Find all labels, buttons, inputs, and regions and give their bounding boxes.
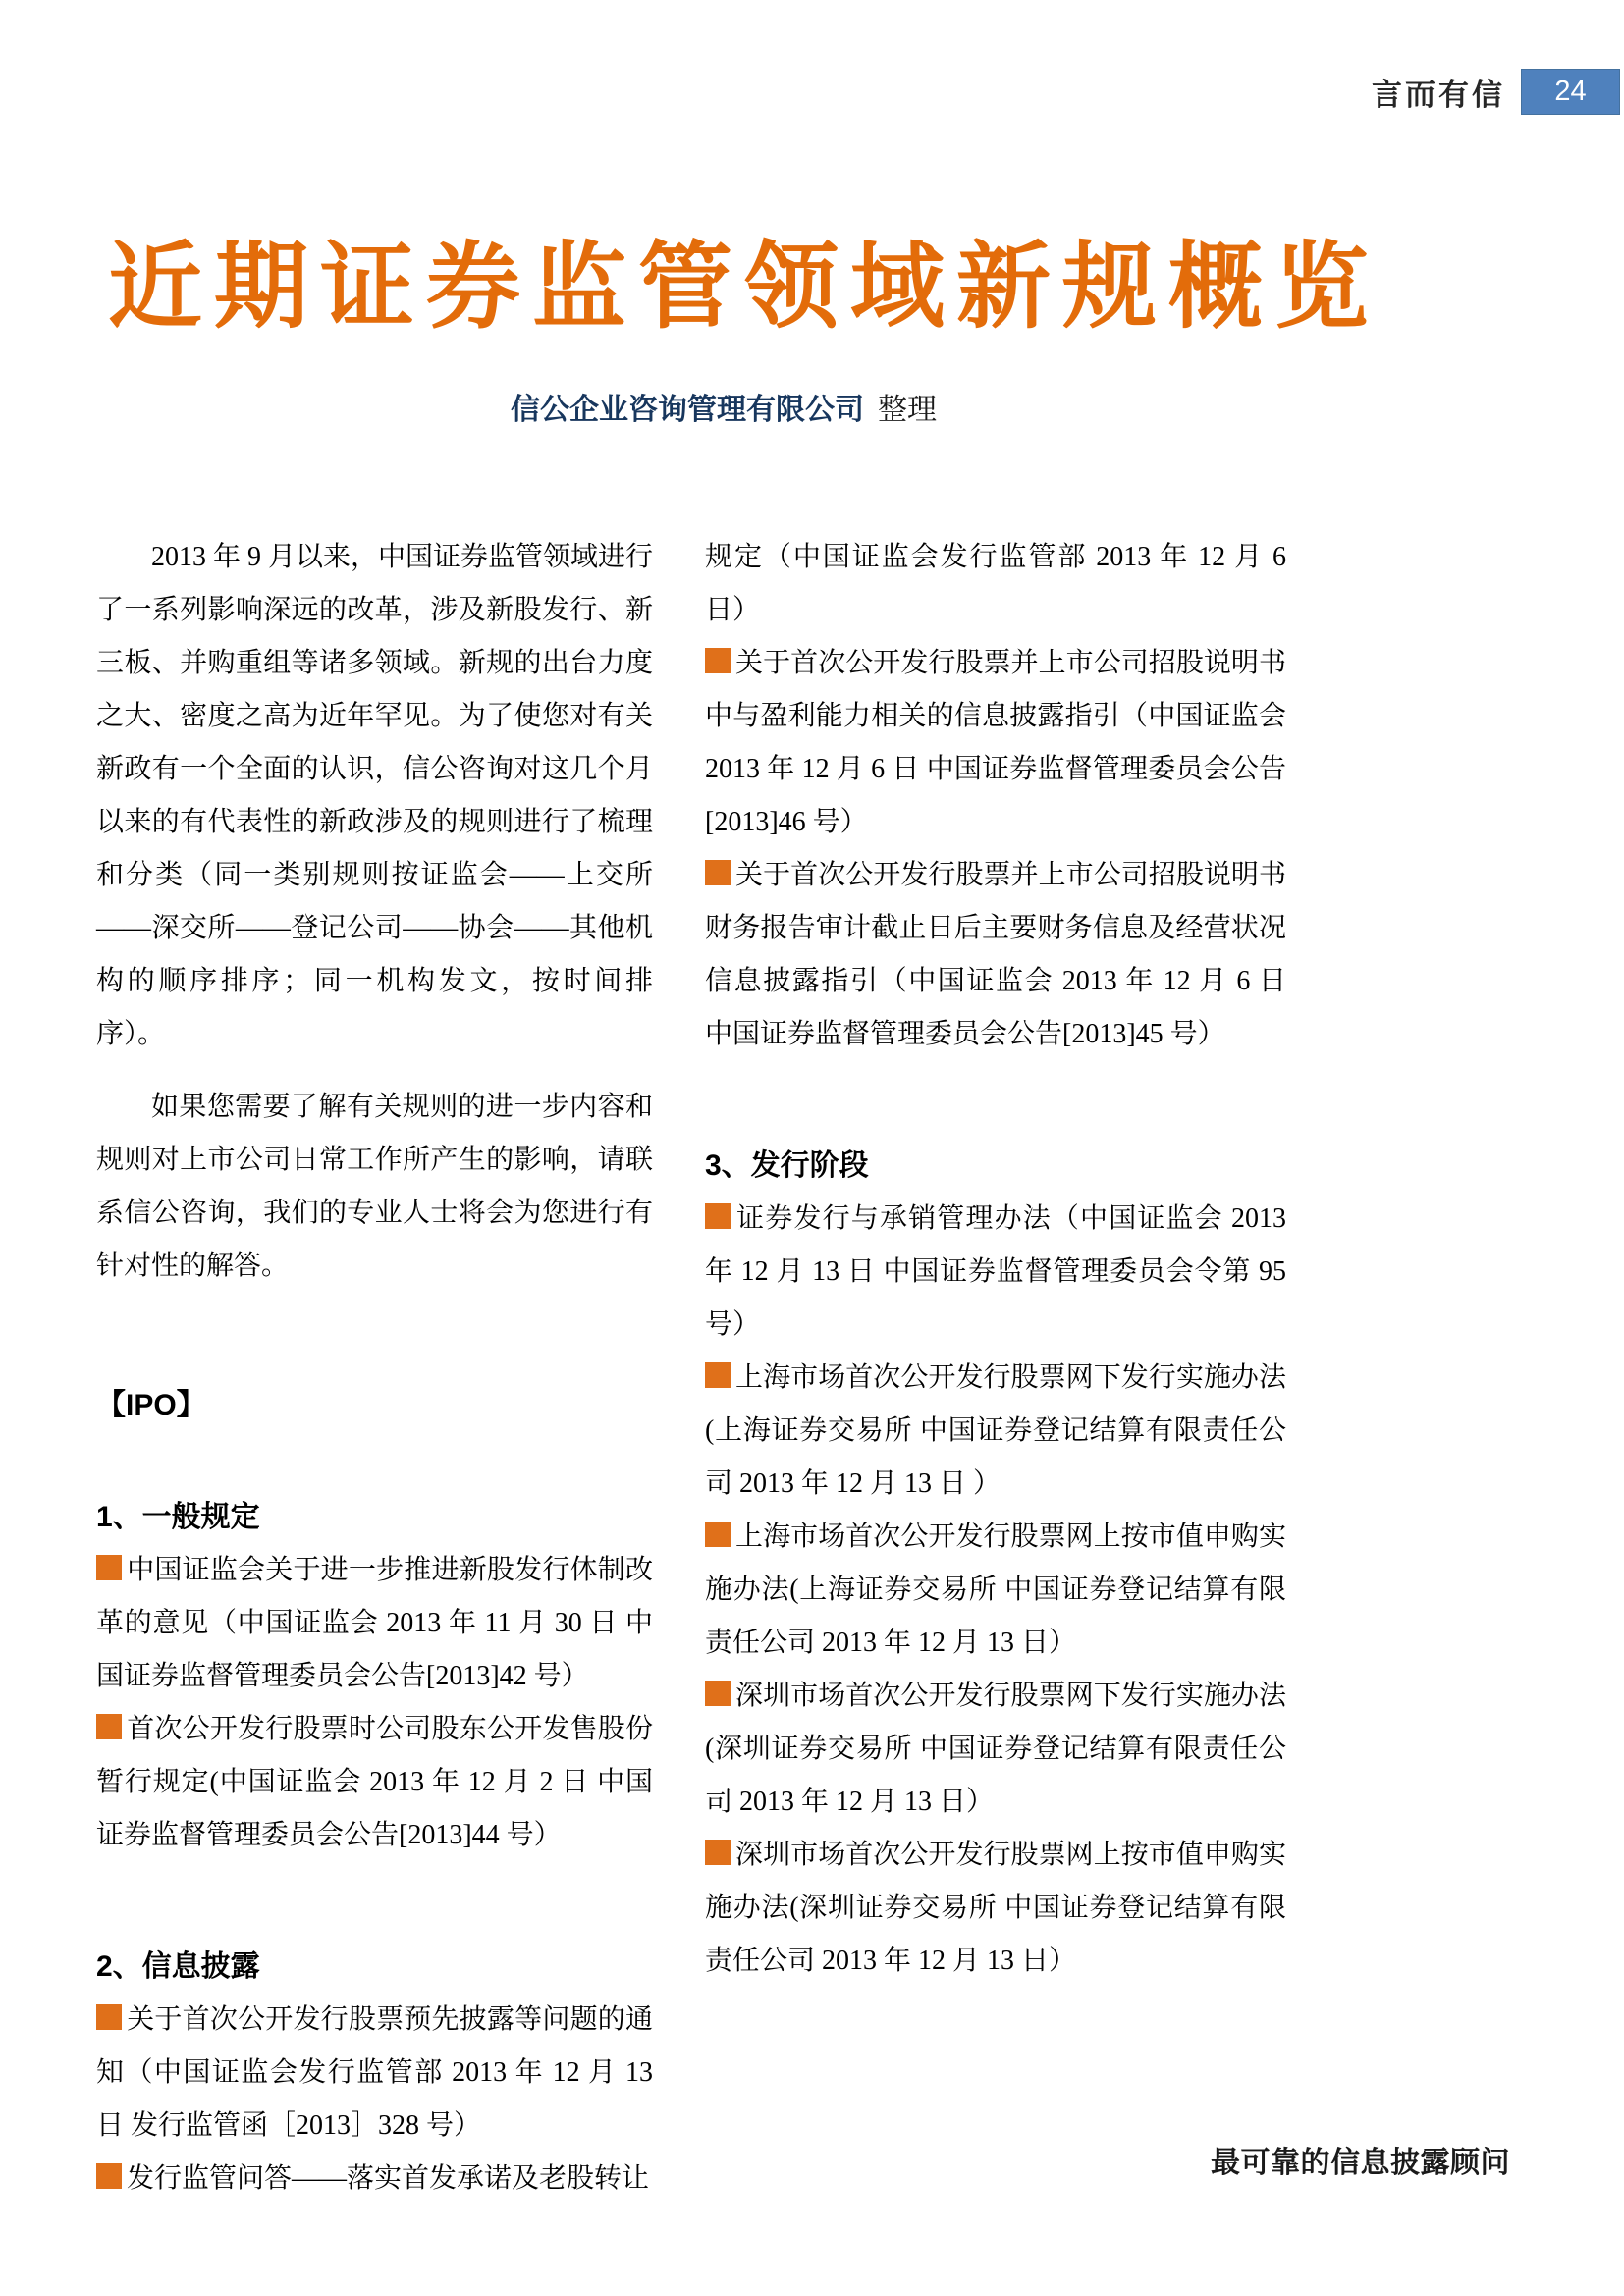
footer-slogan: 最可靠的信息披露顾问: [1211, 2138, 1510, 2181]
page-number-badge: 24: [1521, 69, 1620, 115]
bullet-square-icon: [705, 1840, 731, 1865]
byline: 信公企业咨询管理有限公司整理: [511, 393, 937, 428]
regulation-item: 证券发行与承销管理办法（中国证监会 2013 年 12 月 13 日 中国证券监…: [705, 1193, 1286, 1352]
byline-company: 信公企业咨询管理有限公司: [511, 394, 864, 426]
section-heading: 1、一般规定: [96, 1491, 653, 1544]
paragraph: 如果您需要了解有关规则的进一步内容和规则对上市公司日常工作所产生的影响，请联系信…: [96, 1081, 653, 1293]
regulation-item: 关于首次公开发行股票并上市公司招股说明书财务报告审计截止日后主要财务信息及经营状…: [705, 849, 1286, 1061]
byline-suffix: 整理: [878, 394, 937, 426]
paragraph: 规定（中国证监会发行监管部 2013 年 12 月 6 日）: [705, 531, 1286, 637]
bullet-square-icon: [705, 860, 731, 885]
regulation-item: 深圳市场首次公开发行股票网上按市值申购实施办法(深圳证券交易所 中国证券登记结算…: [705, 1829, 1286, 1988]
regulation-item: 深圳市场首次公开发行股票网下发行实施办法(深圳证券交易所 中国证券登记结算有限责…: [705, 1670, 1286, 1829]
document-title: 近期证券监管领域新规概览: [108, 239, 1483, 337]
header-brand-text: 言而有信: [1372, 70, 1505, 114]
page-number: 24: [1554, 76, 1586, 108]
regulation-item: 中国证监会关于进一步推进新股发行体制改革的意见（中国证监会 2013 年 11 …: [96, 1544, 653, 1703]
regulation-item: 关于首次公开发行股票预先披露等问题的通知（中国证监会发行监管部 2013 年 1…: [96, 1994, 653, 2153]
right-column: 规定（中国证监会发行监管部 2013 年 12 月 6 日）关于首次公开发行股票…: [705, 531, 1286, 1988]
page-header: 言而有信 24: [1372, 69, 1624, 114]
body-columns: 2013 年 9 月以来，中国证券监管领域进行了一系列影响深远的改革，涉及新股发…: [96, 531, 1286, 2206]
regulation-item: 发行监管问答——落实首发承诺及老股转让: [96, 2153, 653, 2206]
left-column: 2013 年 9 月以来，中国证券监管领域进行了一系列影响深远的改革，涉及新股发…: [96, 531, 653, 2206]
section-heading: 3、发行阶段: [705, 1140, 1286, 1193]
bullet-square-icon: [96, 2004, 122, 2030]
bullet-square-icon: [96, 2163, 122, 2189]
bullet-square-icon: [96, 1714, 122, 1739]
regulation-item: 上海市场首次公开发行股票网下发行实施办法(上海证券交易所 中国证券登记结算有限责…: [705, 1352, 1286, 1511]
bullet-square-icon: [705, 1522, 731, 1547]
regulation-item: 关于首次公开发行股票并上市公司招股说明书中与盈利能力相关的信息披露指引（中国证监…: [705, 637, 1286, 849]
section-heading: 2、信息披露: [96, 1941, 653, 1994]
bullet-square-icon: [705, 1362, 731, 1388]
bullet-square-icon: [705, 1681, 731, 1706]
bullet-square-icon: [705, 1203, 731, 1229]
document-page: 言而有信 24 近期证券监管领域新规概览 信公企业咨询管理有限公司整理 2013…: [0, 0, 1624, 2296]
regulation-item: 首次公开发行股票时公司股东公开发售股份暂行规定(中国证监会 2013 年 12 …: [96, 1703, 653, 1862]
section-heading: 【IPO】: [96, 1379, 653, 1432]
bullet-square-icon: [705, 648, 731, 673]
bullet-square-icon: [96, 1555, 122, 1580]
regulation-item: 上海市场首次公开发行股票网上按市值申购实施办法(上海证券交易所 中国证券登记结算…: [705, 1511, 1286, 1670]
paragraph: 2013 年 9 月以来，中国证券监管领域进行了一系列影响深远的改革，涉及新股发…: [96, 531, 653, 1061]
